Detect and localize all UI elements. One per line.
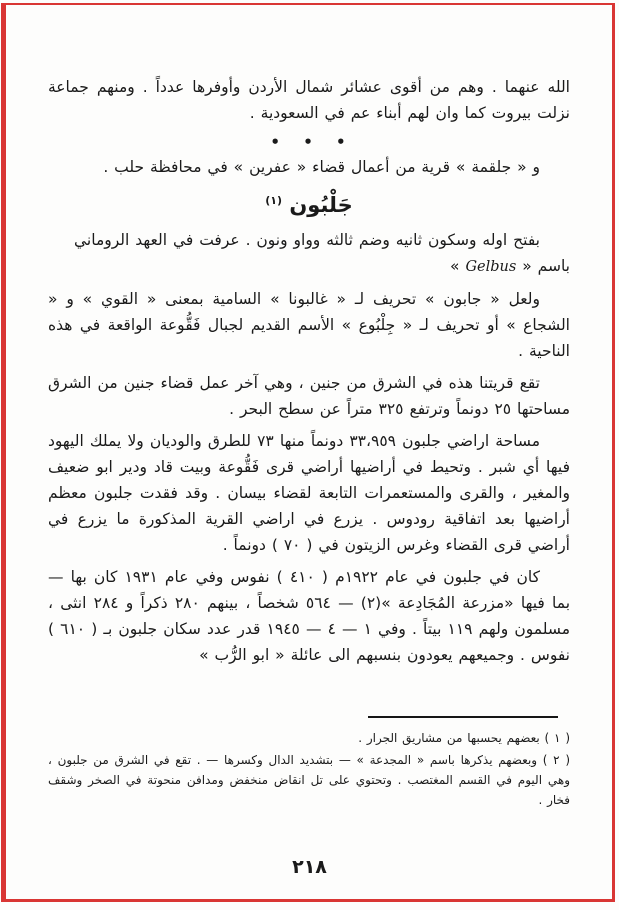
heading-footnote-ref: (١): [265, 194, 282, 207]
footnote-1: ( ١ ) بعضهم يحسبها من مشاريق الجرار .: [48, 728, 570, 748]
paragraph-jalqama-note: و « جلقمة » قرية من أعمال قضاء « عفرين »…: [48, 154, 570, 180]
paragraph-location: تقع قريتنا هذه في الشرق من جنين ، وهي آخ…: [48, 370, 570, 422]
footnote-separator-rule: [368, 716, 558, 718]
scanned-book-page: الله عنهما . وهم من أقوى عشائر شمال الأر…: [0, 0, 619, 910]
paragraph-population: كان في جلبون في عام ١٩٢٢م ( ٤١٠ ) نفوس و…: [48, 564, 570, 668]
latin-name-prefix: باسم «: [522, 257, 570, 275]
page-content: الله عنهما . وهم من أقوى عشائر شمال الأر…: [48, 74, 570, 716]
latin-name: Gelbus: [465, 259, 516, 275]
section-heading-jalbun: جَلْبُون (١): [48, 193, 570, 217]
paragraph-etymology: ولعل « جابون » تحريف لـ « غالبونا » السا…: [48, 286, 570, 364]
footnote-2: ( ٢ ) وبعضهم يذكرها باسم « المجدعة » — ب…: [48, 750, 570, 810]
latin-name-suffix: »: [450, 257, 459, 275]
latin-name-line: باسم « Gelbus »: [48, 253, 570, 280]
paragraph-tribe-continuation: الله عنهما . وهم من أقوى عشائر شمال الأر…: [48, 74, 570, 126]
paragraph-pronunciation: بفتح اوله وسكون ثانيه وضم ثالثه وواو ونو…: [48, 227, 570, 253]
page-number: ٢١٨: [0, 856, 619, 878]
section-separator-dots: • • •: [48, 133, 570, 151]
footnote-area: ( ١ ) بعضهم يحسبها من مشاريق الجرار . ( …: [48, 716, 570, 812]
paragraph-area: مساحة اراضي جلبون ٣٣،٩٥٩ دونماً منها ٧٣ …: [48, 428, 570, 558]
heading-title: جَلْبُون: [289, 193, 352, 217]
